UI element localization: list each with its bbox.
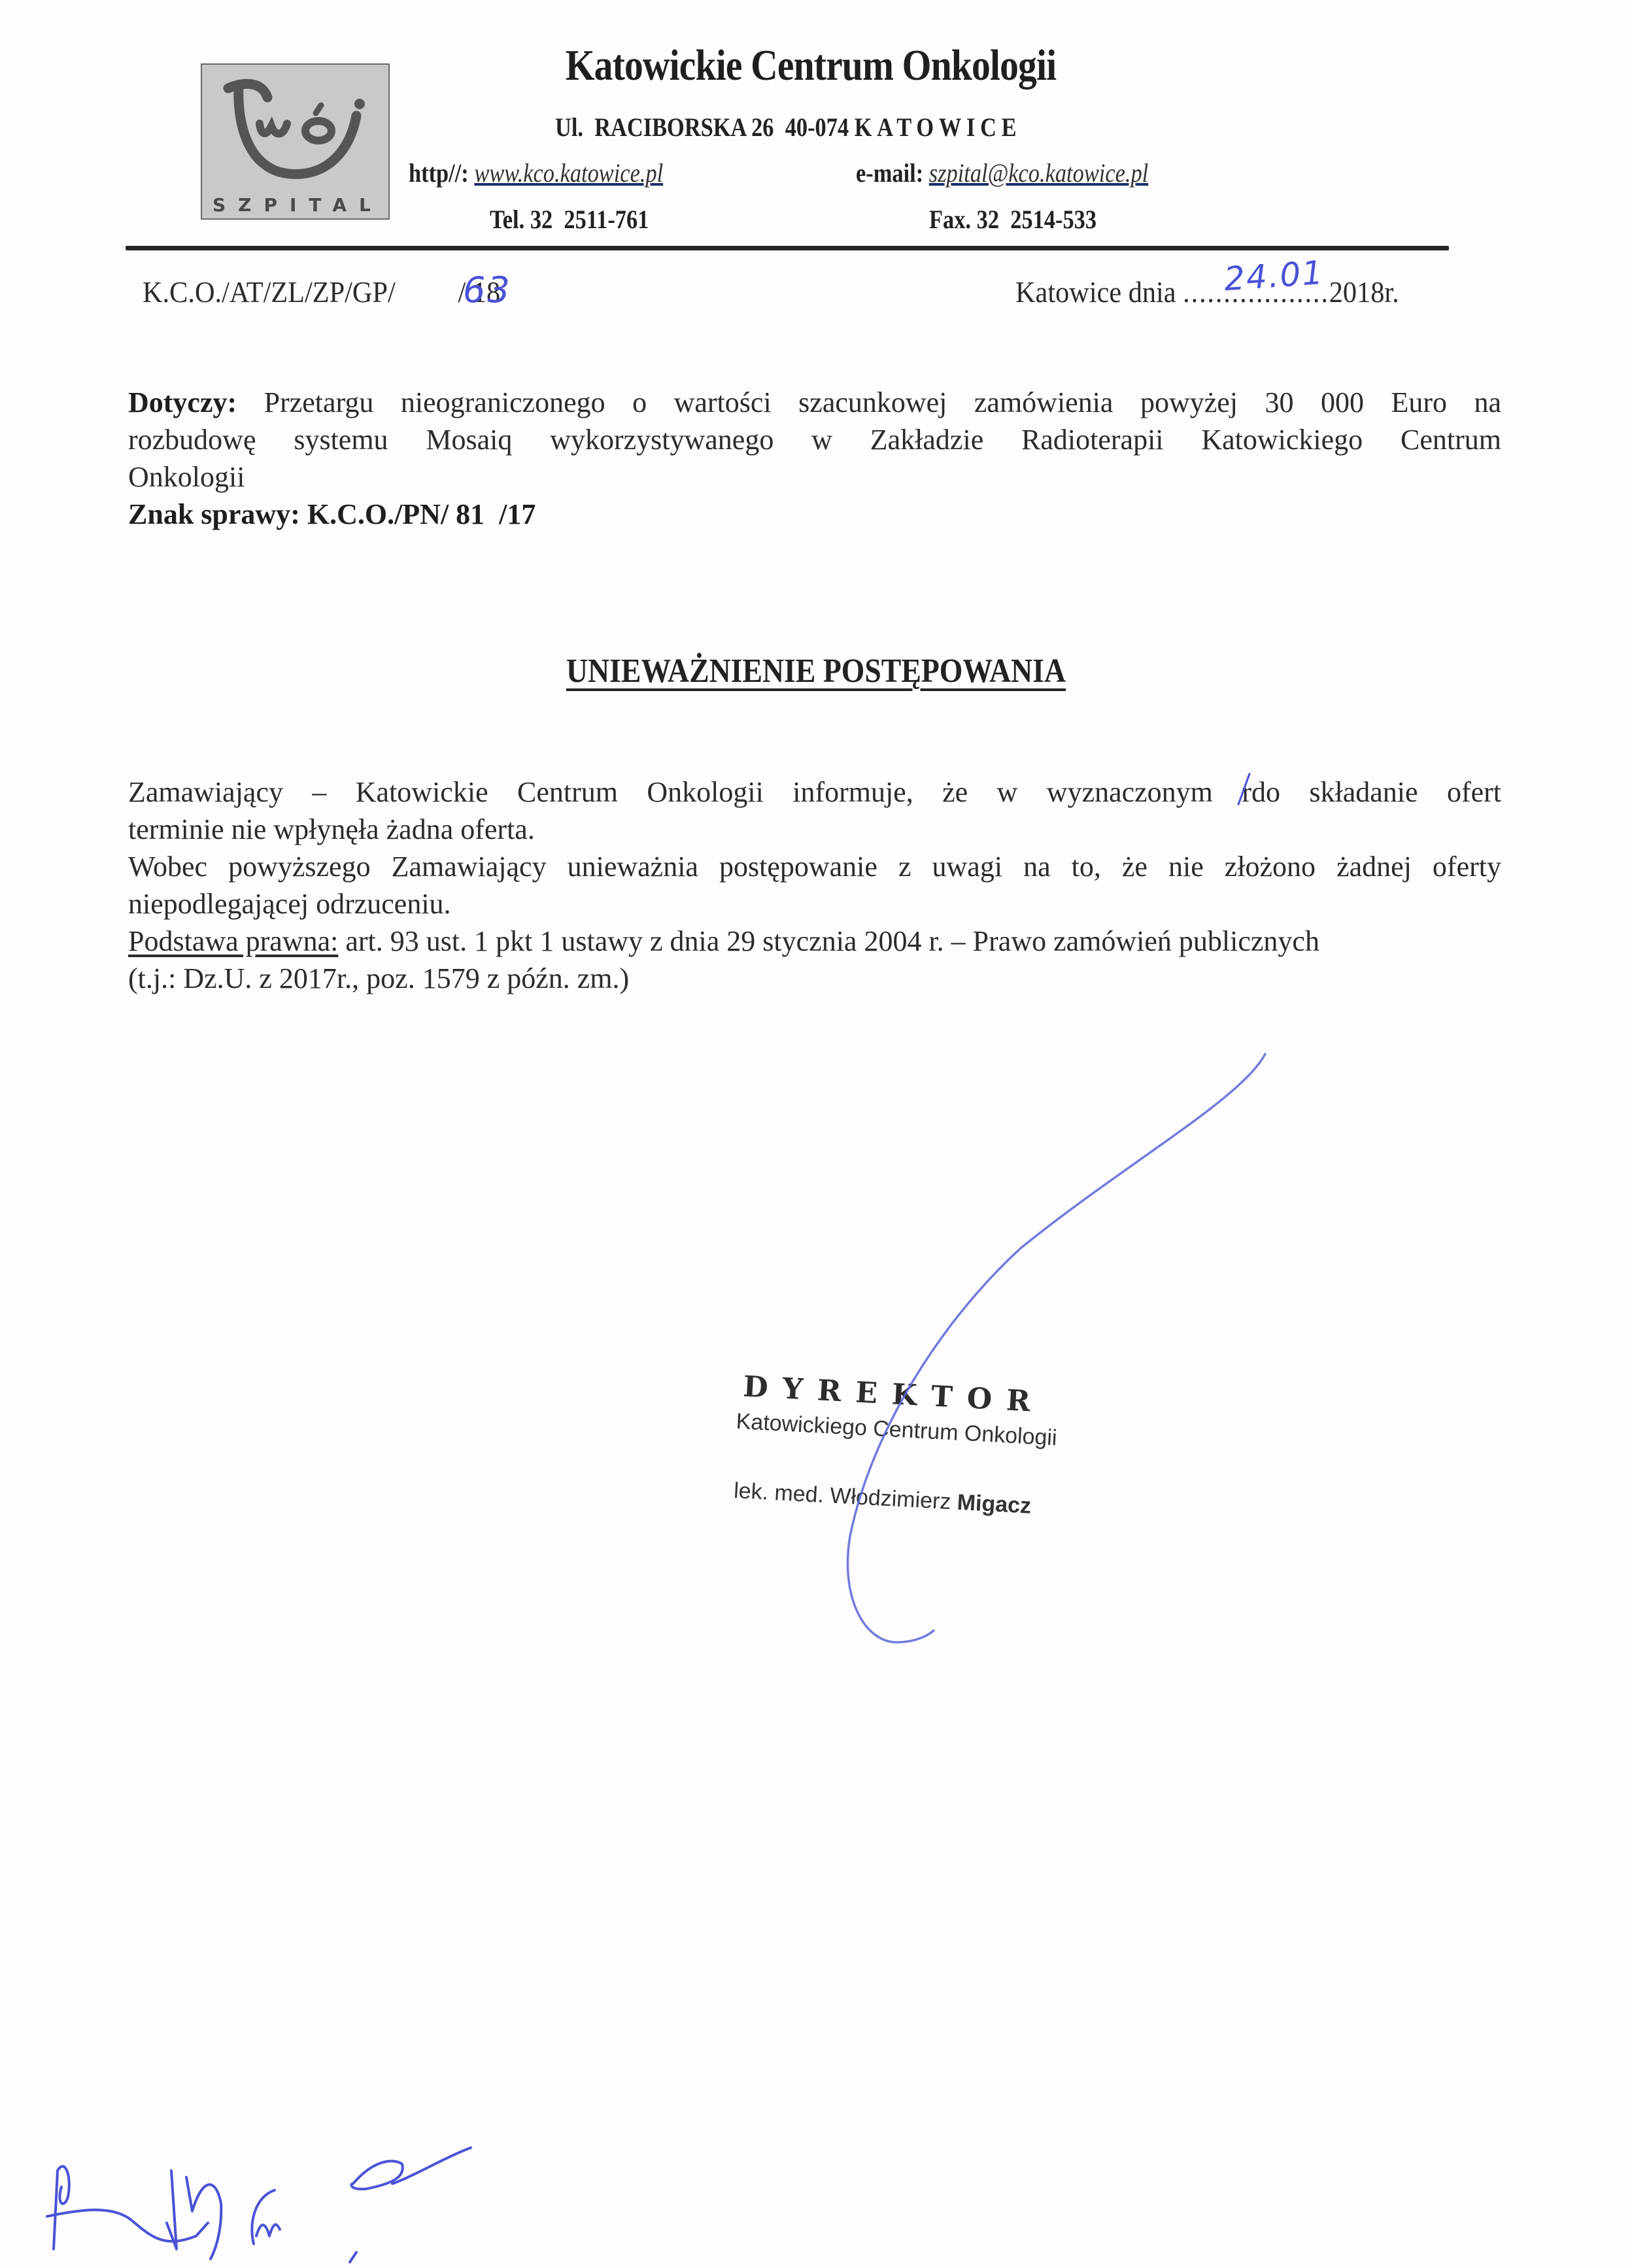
reference-number: K.C.O./AT/ZL/ZP/GP// 18 <box>143 275 500 309</box>
email-line: e-mail: szpital@kco.katowice.pl <box>856 158 1148 188</box>
subject-line-2: rozbudowę systemu Mosaiq wykorzystywaneg… <box>128 421 1501 458</box>
legal-basis-line-2: (t.j.: Dz.U. z 2017r., poz. 1579 z późn.… <box>128 960 1501 997</box>
place-label: Katowice dnia <box>1015 275 1176 309</box>
document-heading: UNIEWAŻNIENIE POSTĘPOWANIA <box>98 652 1534 690</box>
phone-label: Tel. 32 <box>490 205 552 234</box>
logo-brand-word: SZPITAL <box>212 194 383 216</box>
stamp-director-name: lek. med. Włodzimierz Migacz <box>733 1478 1032 1519</box>
website-line: http//: www.kco.katowice.pl <box>409 158 663 188</box>
address-city: KATOWICE <box>855 112 1022 142</box>
signature-stroke-icon <box>847 1054 1265 1642</box>
place-date: Katowice dnia ..................2018r. <box>1015 275 1399 309</box>
reference-prefix: K.C.O./AT/ZL/ZP/GP/ <box>143 275 396 309</box>
body-block: Zamawiający – Katowickie Centrum Onkolog… <box>128 773 1501 997</box>
handwritten-reference-number: 63 <box>463 269 512 311</box>
case-number: K.C.O./PN/ 81 /17 <box>307 498 536 530</box>
body-line-1: Zamawiający – Katowickie Centrum Onkolog… <box>128 773 1501 811</box>
address-line: Ul. RACIBORSKA 26 40-074 KATOWICE <box>555 112 1021 143</box>
phone-number: 2511-761 <box>564 205 649 234</box>
body-line-4: niepodlegającej odrzuceniu. <box>128 885 1501 922</box>
subject-label: Dotyczy: <box>128 386 237 418</box>
stamp-name-prefix: lek. med. Włodzimierz <box>733 1478 957 1515</box>
website-link[interactable]: www.kco.katowice.pl <box>474 158 663 188</box>
case-number-line: Znak sprawy: K.C.O./PN/ 81 /17 <box>128 496 1501 533</box>
legal-basis-line: Podstawa prawna: art. 93 ust. 1 pkt 1 us… <box>128 922 1501 960</box>
body-line-3: Wobec powyższego Zamawiający unieważnia … <box>128 848 1501 885</box>
subject-line-1: Dotyczy: Przetargu nieograniczonego o wa… <box>128 384 1501 421</box>
ink-overlay <box>0 0 1632 2268</box>
fax-label: Fax. 32 <box>929 205 999 234</box>
letterhead-divider <box>126 246 1449 250</box>
heading-text: UNIEWAŻNIENIE POSTĘPOWANIA <box>566 652 1066 690</box>
subject-text-1: Przetargu nieograniczonego o wartości sz… <box>264 386 1501 418</box>
fax-number: 2514-533 <box>1010 205 1096 234</box>
subject-block: Dotyczy: Przetargu nieograniczonego o wa… <box>128 384 1501 533</box>
case-label: Znak sprawy: <box>128 498 300 530</box>
initials-icon <box>47 2148 471 2262</box>
body-line-1-start: Zamawiający – Katowickie Centrum Onkolog… <box>128 776 1242 808</box>
fax-line: Fax. 32 2514-533 <box>929 204 1096 235</box>
stamp-surname: Migacz <box>957 1490 1032 1519</box>
subject-line-3: Onkologii <box>128 458 1501 496</box>
date-year: 2018r. <box>1329 275 1399 309</box>
body-line-2: terminie nie wpłynęła żadna oferta. <box>128 811 1501 848</box>
phone-line: Tel. 32 2511-761 <box>490 204 649 235</box>
legal-basis-text: art. 93 ust. 1 pkt 1 ustawy z dnia 29 st… <box>338 925 1319 957</box>
body-line-1-end: do składanie ofert <box>1251 776 1501 808</box>
director-stamp: DYREKTOR Katowickiego Centrum Onkologii … <box>731 1370 1104 1539</box>
institution-name: Katowickie Centrum Onkologii <box>114 41 1508 91</box>
email-label: e-mail: <box>856 158 923 188</box>
legal-basis-label: Podstawa prawna: <box>128 925 338 957</box>
struck-letter: r <box>1242 776 1251 808</box>
website-label: http//: <box>409 158 469 188</box>
handwritten-date: 24.01 <box>1223 254 1325 299</box>
email-link[interactable]: szpital@kco.katowice.pl <box>929 158 1148 188</box>
address-street: Ul. RACIBORSKA 26 40-074 <box>555 112 855 142</box>
